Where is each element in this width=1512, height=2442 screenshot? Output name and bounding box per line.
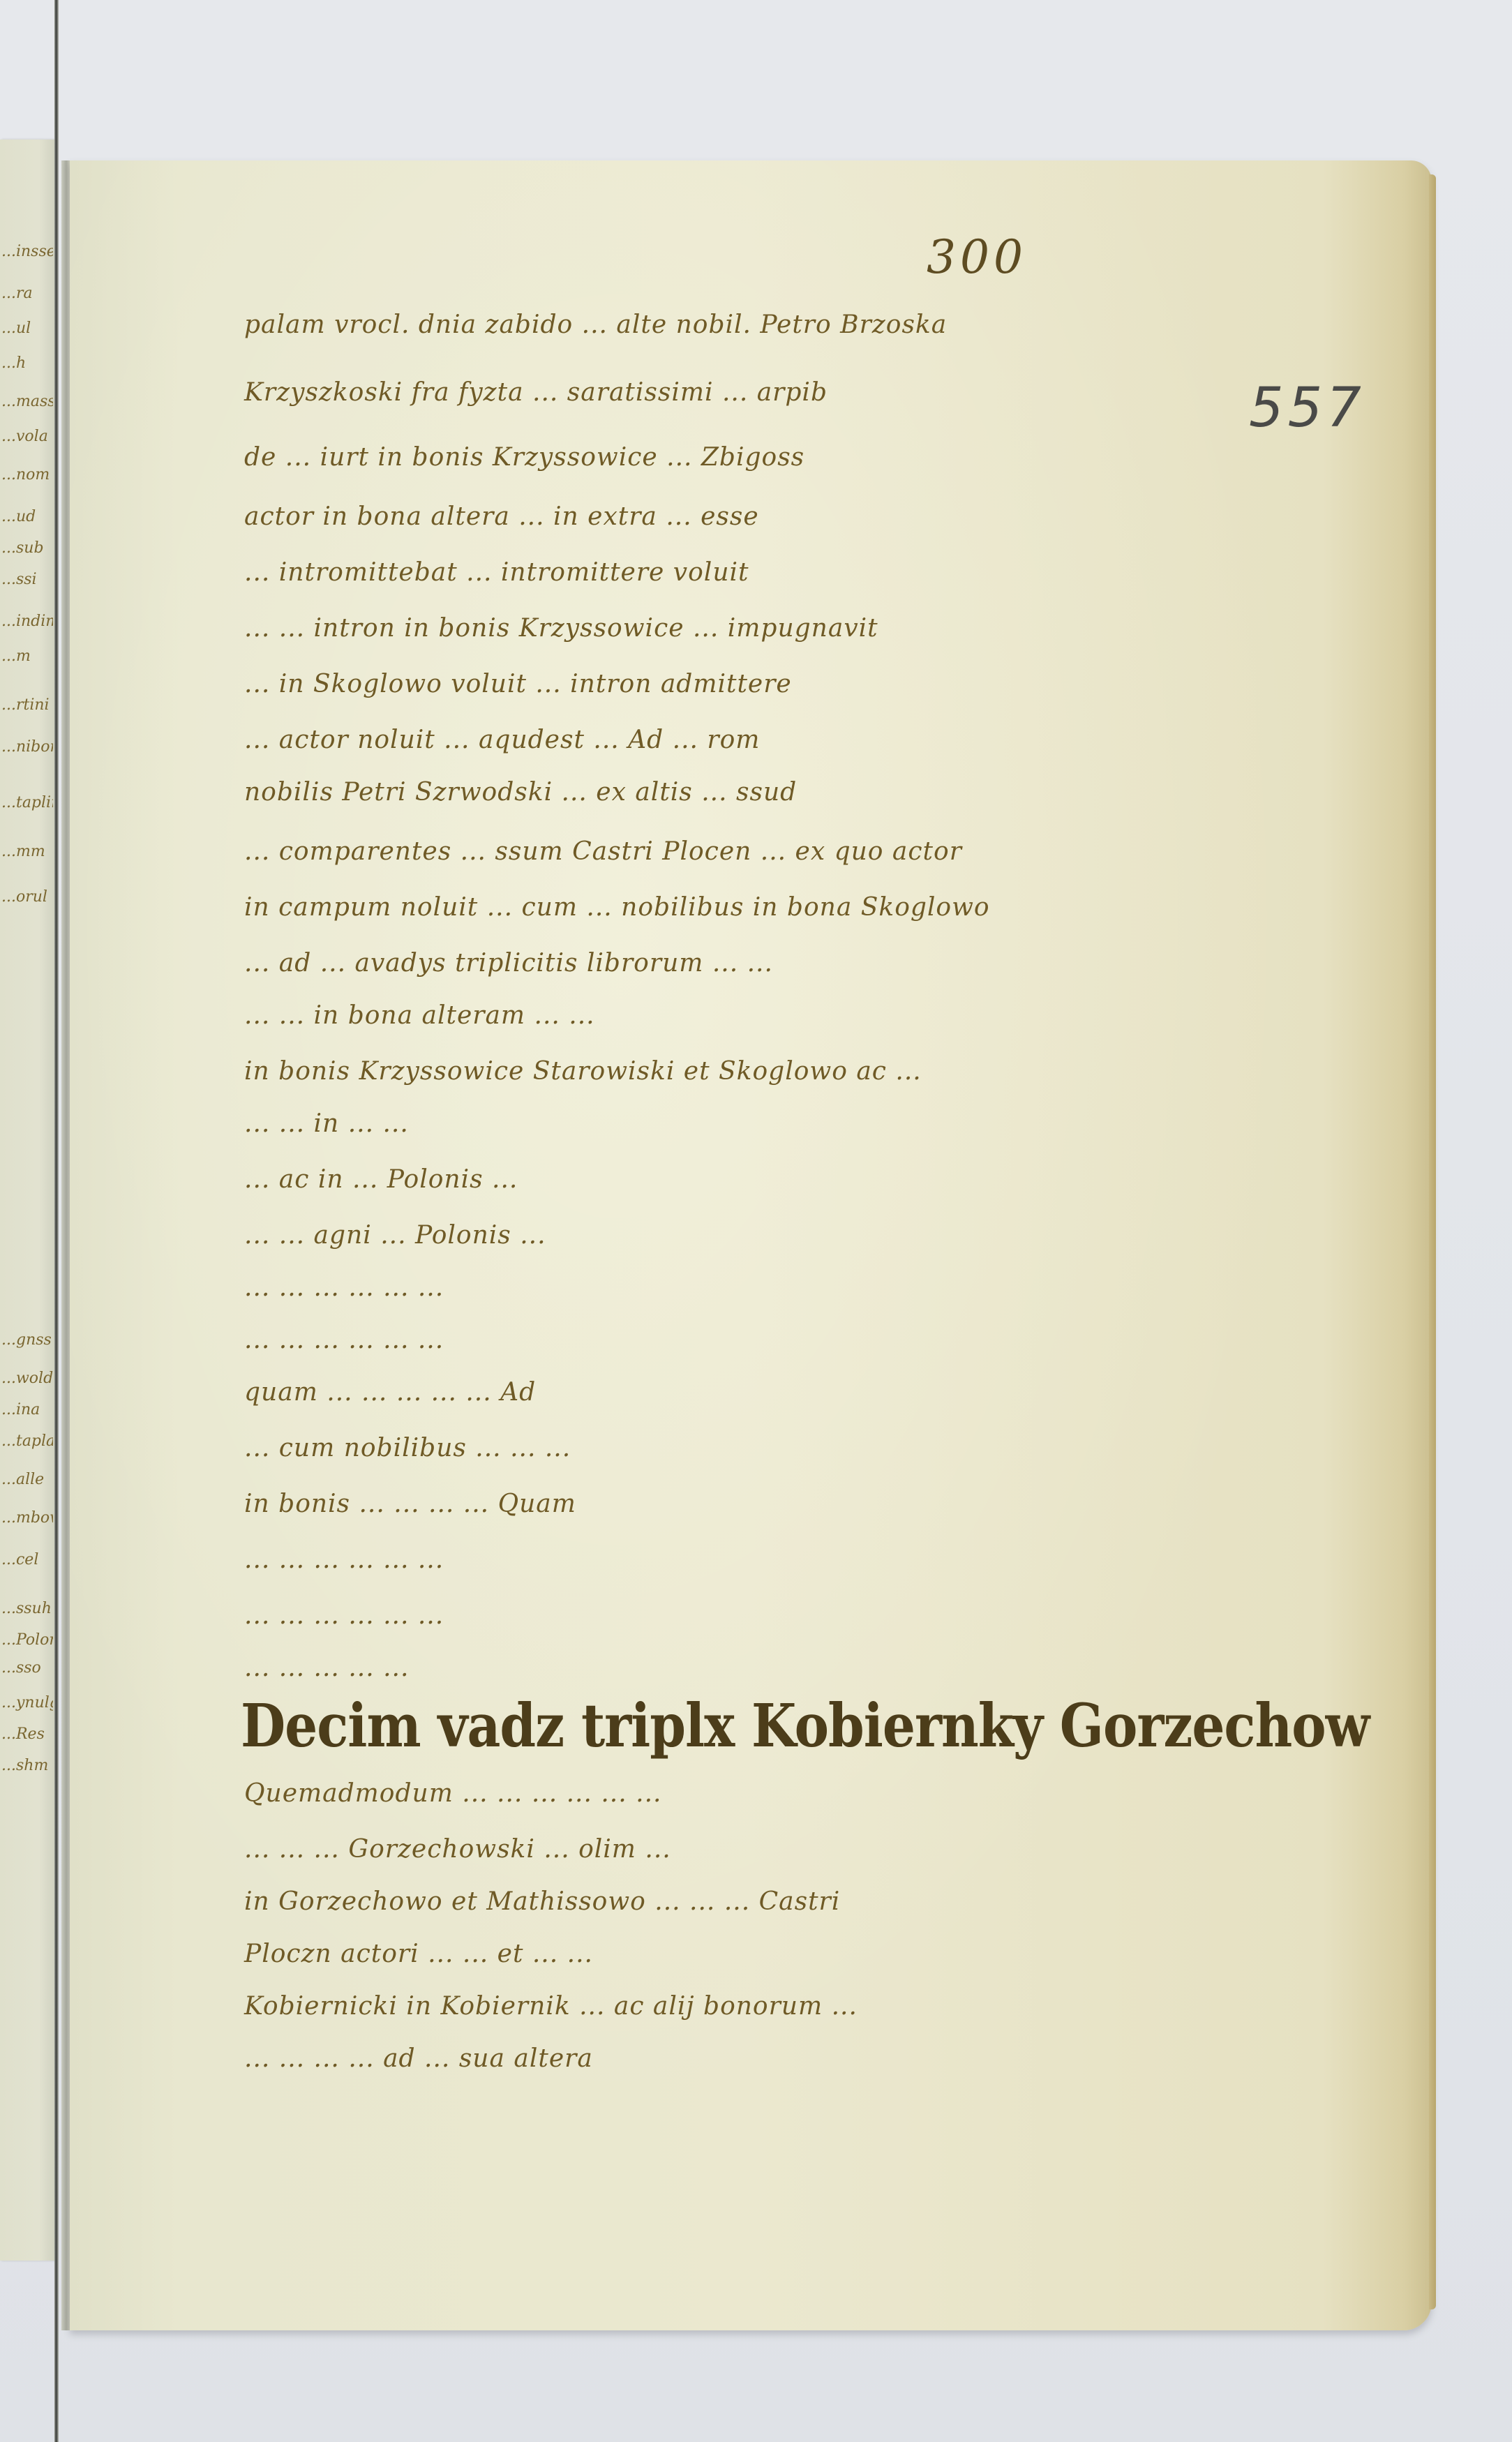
text-line: ... in Skoglowo voluit ... intron admitt… (244, 670, 792, 698)
margin-note: ...rtini (1, 698, 53, 713)
manuscript-page: 300 557 palam vrocl. dnia zabido ... alt… (70, 160, 1432, 2330)
margin-note: ...ynulgs (1, 1695, 53, 1711)
text-line: ... ... ... ... ... ... (244, 1273, 444, 1302)
margin-note: ...shm (1, 1758, 53, 1774)
margin-note: ...mm (1, 844, 53, 860)
text-line: in campum noluit ... cum ... nobilibus i… (244, 893, 990, 922)
margin-note: ...orul (1, 890, 53, 905)
margin-note: ...mass (1, 394, 53, 410)
margin-note: ...Polon (1, 1633, 53, 1648)
folio-number-ink: 300 (927, 230, 1027, 284)
margin-note: ...tapla (1, 1434, 53, 1449)
text-line: ... ... in bona alteram ... ... (244, 1001, 595, 1030)
margin-note: ...gnss (1, 1333, 53, 1348)
text-line: ... comparentes ... ssum Castri Plocen .… (244, 837, 962, 866)
text-line: ... ... ... ... ad ... sua altera (244, 2044, 593, 2073)
text-line: actor in bona altera ... in extra ... es… (244, 502, 759, 531)
margin-note: ...ra (1, 286, 53, 301)
margin-note: ...ul (1, 321, 53, 336)
book-spine-shadow (54, 0, 59, 2442)
left-facing-page: ...insse ...ra ...ul ...h ...mass ...vol… (0, 140, 56, 2261)
text-line: ... ... in ... ... (244, 1109, 409, 1138)
margin-note: ...vola (1, 429, 53, 444)
text-line: ... ... ... ... ... (244, 1654, 409, 1682)
text-line: ... ... ... ... ... ... (244, 1545, 444, 1574)
folio-number-pencil: 557 (1249, 377, 1365, 440)
margin-note: ...mbow (1, 1511, 53, 1526)
text-line: Ploczn actori ... ... et ... ... (244, 1940, 593, 1968)
text-line: ... cum nobilibus ... ... ... (244, 1434, 571, 1462)
text-line: quam ... ... ... ... ... Ad (244, 1378, 536, 1407)
margin-note: ...nibor (1, 740, 53, 755)
text-line: in Gorzechowo et Mathissowo ... ... ... … (244, 1887, 840, 1916)
text-line: ... ... ... Gorzechowski ... olim ... (244, 1835, 671, 1864)
page-edge (1429, 174, 1436, 2309)
text-line: Kobiernicki in Kobiernik ... ac alij bon… (244, 1992, 858, 2021)
margin-note: ...ssuh (1, 1601, 53, 1617)
text-line: de ... iurt in bonis Krzyssowice ... Zbi… (244, 443, 804, 472)
margin-note: ...ina (1, 1402, 53, 1418)
entry-heading: Decim vadz triplx Kobiernky Gorzechow (241, 1692, 1369, 1761)
margin-note: ...wold (1, 1371, 53, 1386)
margin-note: ...m (1, 649, 53, 664)
text-line: palam vrocl. dnia zabido ... alte nobil.… (244, 310, 947, 339)
text-line: ... intromittebat ... intromittere volui… (244, 558, 749, 587)
margin-note: ...sub (1, 541, 53, 556)
margin-note: ...insse (1, 244, 53, 260)
text-line: Quemadmodum ... ... ... ... ... ... (244, 1779, 661, 1808)
text-line: in bonis Krzyssowice Starowiski et Skogl… (244, 1057, 922, 1086)
margin-note: ...taplin (1, 795, 53, 811)
text-line: Krzyszkoski fra fyzta ... saratissimi ..… (244, 378, 828, 407)
text-line: ... ... intron in bonis Krzyssowice ... … (244, 614, 878, 643)
text-line: ... ad ... avadys triplicitis librorum .… (244, 949, 773, 977)
margin-note: ...sso (1, 1661, 53, 1676)
margin-note: ...ud (1, 509, 53, 525)
margin-note: ...nom (1, 467, 53, 483)
margin-note: ...alle (1, 1472, 53, 1488)
text-line: ... ac in ... Polonis ... (244, 1165, 518, 1194)
margin-note: ...indimon (1, 614, 53, 629)
text-line: ... ... ... ... ... ... (244, 1326, 444, 1354)
margin-note: ...cel (1, 1552, 53, 1568)
text-line: ... actor noluit ... aqudest ... Ad ... … (244, 726, 760, 754)
text-line: ... ... ... ... ... ... (244, 1601, 444, 1630)
text-line: ... ... agni ... Polonis ... (244, 1221, 546, 1250)
text-line: in bonis ... ... ... ... Quam (244, 1490, 576, 1518)
margin-note: ...h (1, 356, 53, 371)
text-line: nobilis Petri Szrwodski ... ex altis ...… (244, 778, 797, 807)
margin-note: ...ssi (1, 572, 53, 587)
margin-note: ...Res (1, 1727, 53, 1742)
